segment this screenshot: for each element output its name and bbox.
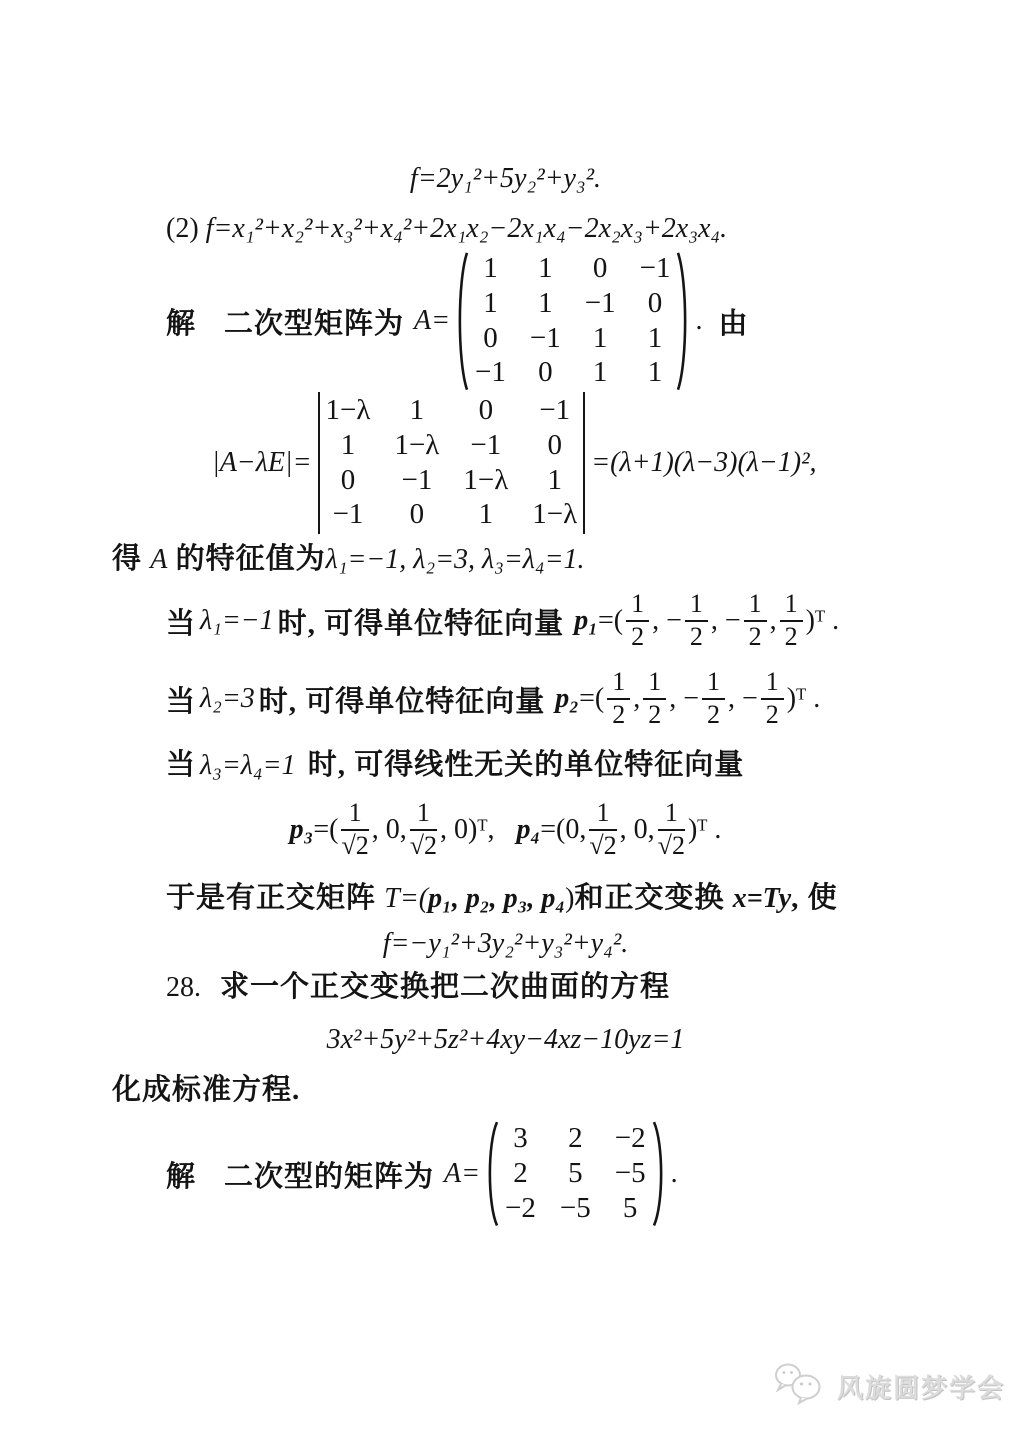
- det-cell: −1: [401, 465, 432, 497]
- matrix-cell: −1: [640, 253, 671, 285]
- fraction-denominator: 2: [643, 700, 666, 730]
- fraction-denominator: 2: [607, 700, 630, 730]
- vector-sep: ,: [633, 683, 640, 715]
- case-3-text-2: 时, 可得线性无关的单位特征向量: [300, 749, 745, 781]
- fraction-numerator: 1: [626, 590, 649, 622]
- matrix-cell: −1: [530, 323, 561, 355]
- matrix-cell: 5: [568, 1158, 583, 1190]
- case-3-text-1: 当: [166, 749, 196, 781]
- case-2-text-1: 当: [166, 679, 196, 720]
- fraction-denominator: 2: [761, 700, 784, 730]
- equation-text: f=2y₁²+5y₂²+y₃².: [410, 163, 601, 194]
- case-1-text-2: 时, 可得单位特征向量: [278, 601, 565, 642]
- matrix-cell: −1: [475, 357, 506, 389]
- vector-open: =(: [598, 605, 623, 637]
- fraction: 1√2: [658, 799, 685, 860]
- vector-p2: p₂: [555, 683, 579, 715]
- det-rhs: =(λ+1)(λ−3)(λ−1)²,: [591, 447, 816, 479]
- matrix-tail-punct: .: [695, 305, 702, 337]
- matrix-cell: 1: [538, 253, 553, 285]
- det-cell: 0: [479, 395, 494, 427]
- vector-close: )ᵀ .: [806, 605, 839, 637]
- fraction-numerator: 1: [685, 590, 708, 622]
- matrix-lhs: A=: [414, 305, 450, 337]
- ortho-text-3: , 使: [791, 882, 838, 914]
- vector-sep: ,: [770, 605, 777, 637]
- fraction-denominator: √2: [341, 831, 368, 861]
- matrix-cell: 1: [483, 253, 498, 285]
- ortho-text-1: 于是有正交矩阵: [166, 882, 384, 914]
- determinant-cells: 1−λ10−1 11−λ−10 0−11−λ1 −1011−λ: [320, 392, 584, 535]
- matrix-cell: 1: [538, 288, 553, 320]
- fraction-numerator: 1: [643, 668, 666, 700]
- fraction-denominator: √2: [589, 831, 616, 861]
- vector-open: =(: [579, 683, 604, 715]
- fraction-denominator: √2: [410, 831, 437, 861]
- matrix-cell: 0: [593, 253, 608, 285]
- vector-p1: p₁: [574, 605, 598, 637]
- vector-sep: , 0,: [620, 814, 655, 846]
- vector-open: =(: [313, 814, 338, 846]
- fraction: 12: [744, 590, 767, 651]
- solution-2-lead-text: 二次型的矩阵为: [224, 1154, 434, 1195]
- vector-close: , 0)ᵀ,: [440, 814, 494, 846]
- case-1-row: 当 λ₁=−1 时, 可得单位特征向量 p₁ =( 12 , − 12 , − …: [166, 589, 839, 653]
- fraction-numerator: 1: [702, 668, 725, 700]
- det-cell: 1: [410, 395, 425, 427]
- vector-sep: , −: [728, 683, 758, 715]
- equation-f-result-1: f=2y₁²+5y₂²+y₃².: [0, 161, 1011, 196]
- fraction-denominator: 2: [626, 622, 649, 652]
- det-cell: 1−λ: [394, 430, 439, 462]
- left-paren: [454, 250, 469, 393]
- vector-p4: p₄: [517, 814, 541, 846]
- case-2-row: 当 λ₂=3 时, 可得单位特征向量 p₂ =( 12 , 12 , − 12 …: [166, 667, 820, 731]
- fraction-denominator: 2: [702, 700, 725, 730]
- matrix-cell: 0: [538, 357, 553, 389]
- det-cell: 0: [410, 499, 425, 531]
- fraction: 12: [702, 668, 725, 729]
- matrix-cell: −1: [585, 288, 616, 320]
- fraction: 12: [643, 668, 666, 729]
- fraction: 12: [780, 590, 803, 651]
- vector-sep: , 0,: [372, 814, 407, 846]
- fraction-numerator: 1: [410, 799, 437, 831]
- fraction: 12: [761, 668, 784, 729]
- watermark: 风旋圆梦学会: [773, 1362, 1005, 1411]
- problem-number: 28.: [166, 972, 201, 1003]
- fraction: 1√2: [341, 799, 368, 860]
- equation-text: 3x²+5y²+5z²+4xy−4xz−10yz=1: [327, 1024, 685, 1055]
- vector-p3: p₃: [290, 814, 314, 846]
- solution-1-tail-text: 由: [718, 301, 748, 342]
- matrix-a2: 32−2 25−5 −2−55: [484, 1120, 667, 1228]
- left-paren: [484, 1120, 499, 1228]
- fraction: 1√2: [589, 799, 616, 860]
- matrix-cell: −5: [615, 1158, 646, 1190]
- case-2-text-2: 时, 可得单位特征向量: [259, 679, 546, 720]
- fraction-numerator: 1: [780, 590, 803, 622]
- document-page: f=2y₁²+5y₂²+y₃². (2) f=x₁²+x₂²+x₃²+x₄²+2…: [0, 0, 1011, 1431]
- eigen-text-2: 的特征值为: [167, 543, 325, 575]
- fraction: 12: [626, 590, 649, 651]
- matrix-tail-punct: .: [671, 1158, 678, 1190]
- solve-label: 解: [166, 1154, 196, 1195]
- watermark-text: 风旋圆梦学会: [837, 1368, 1005, 1405]
- matrix-cell: 2: [513, 1158, 528, 1190]
- matrix-cell: 1: [593, 323, 608, 355]
- matrix-cell: 1: [483, 288, 498, 320]
- fraction-numerator: 1: [761, 668, 784, 700]
- solution-1-row: 解 二次型矩阵为 A= 110−1 11−10 0−111 −1011 . 由: [166, 252, 748, 390]
- fraction-numerator: 1: [589, 799, 616, 831]
- det-cell: 1−λ: [532, 499, 577, 531]
- item-2-equation-line: (2) f=x₁²+x₂²+x₃²+x₄²+2x₁x₂−2x₁x₄−2x₂x₃+…: [166, 211, 727, 246]
- problem-28-text: 求一个正交变换把二次曲面的方程: [220, 971, 670, 1003]
- det-cell: −1: [539, 395, 570, 427]
- matrix-var: A: [150, 544, 167, 575]
- standard-form-text: 化成标准方程.: [112, 1074, 300, 1106]
- ortho-vectors: p₁, p₂, p₃, p₄: [428, 883, 565, 914]
- det-lhs: |A−λE|=: [212, 447, 312, 479]
- fraction: 1√2: [410, 799, 437, 860]
- matrix-cell: −5: [560, 1193, 591, 1225]
- matrix-cell: −2: [505, 1193, 536, 1225]
- solution-2-row: 解 二次型的矩阵为 A= 32−2 25−5 −2−55 .: [166, 1120, 678, 1228]
- case-1-text-1: 当: [166, 601, 196, 642]
- problem-28-line: 28. 求一个正交变换把二次曲面的方程: [166, 969, 670, 1005]
- wechat-icon: [773, 1362, 827, 1411]
- case-2-lambda: λ₂=3: [200, 683, 255, 715]
- fraction: 12: [685, 590, 708, 651]
- case-1-lambda: λ₁=−1: [200, 605, 274, 637]
- vector-close: )ᵀ .: [787, 683, 820, 715]
- matrix-cell: 0: [648, 288, 663, 320]
- matrix-a2-cells: 32−2 25−5 −2−55: [499, 1120, 652, 1228]
- matrix-cell: 1: [648, 357, 663, 389]
- det-cell: 1: [479, 499, 494, 531]
- matrix-cell: 0: [483, 323, 498, 355]
- fraction-numerator: 1: [341, 799, 368, 831]
- matrix-cell: 1: [648, 323, 663, 355]
- matrix-lhs: A=: [444, 1158, 480, 1190]
- vector-sep: , −: [669, 683, 699, 715]
- det-cell: 0: [548, 430, 563, 462]
- fraction-denominator: 2: [685, 622, 708, 652]
- p3-p4-row: p₃ =( 1√2 , 0, 1√2 , 0)ᵀ, p₄ =(0, 1√2 , …: [0, 793, 1011, 867]
- eigen-text-1: 得: [112, 543, 150, 575]
- fraction-numerator: 1: [607, 668, 630, 700]
- det-cell: 1: [548, 465, 563, 497]
- equation-text: f=−y₁²+3y₂²+y₃²+y₄².: [383, 928, 628, 959]
- orthogonal-transform-line: 于是有正交矩阵 T=(p₁, p₂, p₃, p₄)和正交变换 x=Ty, 使: [166, 880, 838, 916]
- fraction-denominator: 2: [780, 622, 803, 652]
- equation-f-result-2: f=−y₁²+3y₂²+y₃²+y₄².: [0, 926, 1011, 961]
- vector-sep: , −: [652, 605, 682, 637]
- vector-close: )ᵀ .: [688, 814, 721, 846]
- equation-quadric-surface: 3x²+5y²+5z²+4xy−4xz−10yz=1: [0, 1022, 1011, 1057]
- matrix-cell: 3: [513, 1123, 528, 1155]
- det-cell: 1−λ: [326, 395, 371, 427]
- right-paren: [676, 250, 691, 393]
- eigenvalues-math: λ₁=−1, λ₂=3, λ₃=λ₄=1.: [326, 544, 585, 575]
- case-3-line: 当λ₃=λ₄=1 时, 可得线性无关的单位特征向量: [166, 747, 744, 783]
- det-cell: 1−λ: [463, 465, 508, 497]
- fraction-denominator: 2: [744, 622, 767, 652]
- vector-sep: , −: [711, 605, 741, 637]
- standard-form-line: 化成标准方程.: [112, 1072, 300, 1108]
- matrix-cell: −2: [615, 1123, 646, 1155]
- right-paren: [652, 1120, 667, 1228]
- item-number: (2): [166, 213, 206, 244]
- fraction-denominator: √2: [658, 831, 685, 861]
- matrix-a1-cells: 110−1 11−10 0−111 −1011: [469, 250, 676, 393]
- item-equation: f=x₁²+x₂²+x₃²+x₄²+2x₁x₂−2x₁x₄−2x₂x₃+2x₃x…: [206, 213, 727, 244]
- ortho-text-2: 和正交变换: [574, 882, 732, 914]
- ortho-T: T=(: [384, 883, 428, 914]
- matrix-cell: 5: [623, 1193, 638, 1225]
- matrix-cell: 1: [593, 357, 608, 389]
- vector-open: =(0,: [540, 814, 586, 846]
- fraction: 12: [607, 668, 630, 729]
- solution-1-lead-text: 二次型矩阵为: [224, 301, 404, 342]
- det-cell: 0: [341, 465, 356, 497]
- fraction-numerator: 1: [658, 799, 685, 831]
- characteristic-polynomial-row: |A−λE|= 1−λ10−1 11−λ−10 0−11−λ1 −1011−λ …: [212, 392, 817, 534]
- fraction-numerator: 1: [744, 590, 767, 622]
- solve-label: 解: [166, 301, 196, 342]
- eigenvalues-line: 得 A 的特征值为λ₁=−1, λ₂=3, λ₃=λ₄=1.: [112, 541, 585, 577]
- case-3-lambda: λ₃=λ₄=1: [200, 750, 296, 781]
- matrix-cell: 2: [568, 1123, 583, 1155]
- determinant: 1−λ10−1 11−λ−10 0−11−λ1 −1011−λ: [318, 392, 586, 535]
- det-cell: 1: [341, 430, 356, 462]
- det-cell: −1: [470, 430, 501, 462]
- matrix-a1: 110−1 11−10 0−111 −1011: [454, 250, 691, 393]
- det-cell: −1: [333, 499, 364, 531]
- det-bar-right: [583, 392, 585, 535]
- ortho-xTy: x=Ty: [733, 883, 791, 914]
